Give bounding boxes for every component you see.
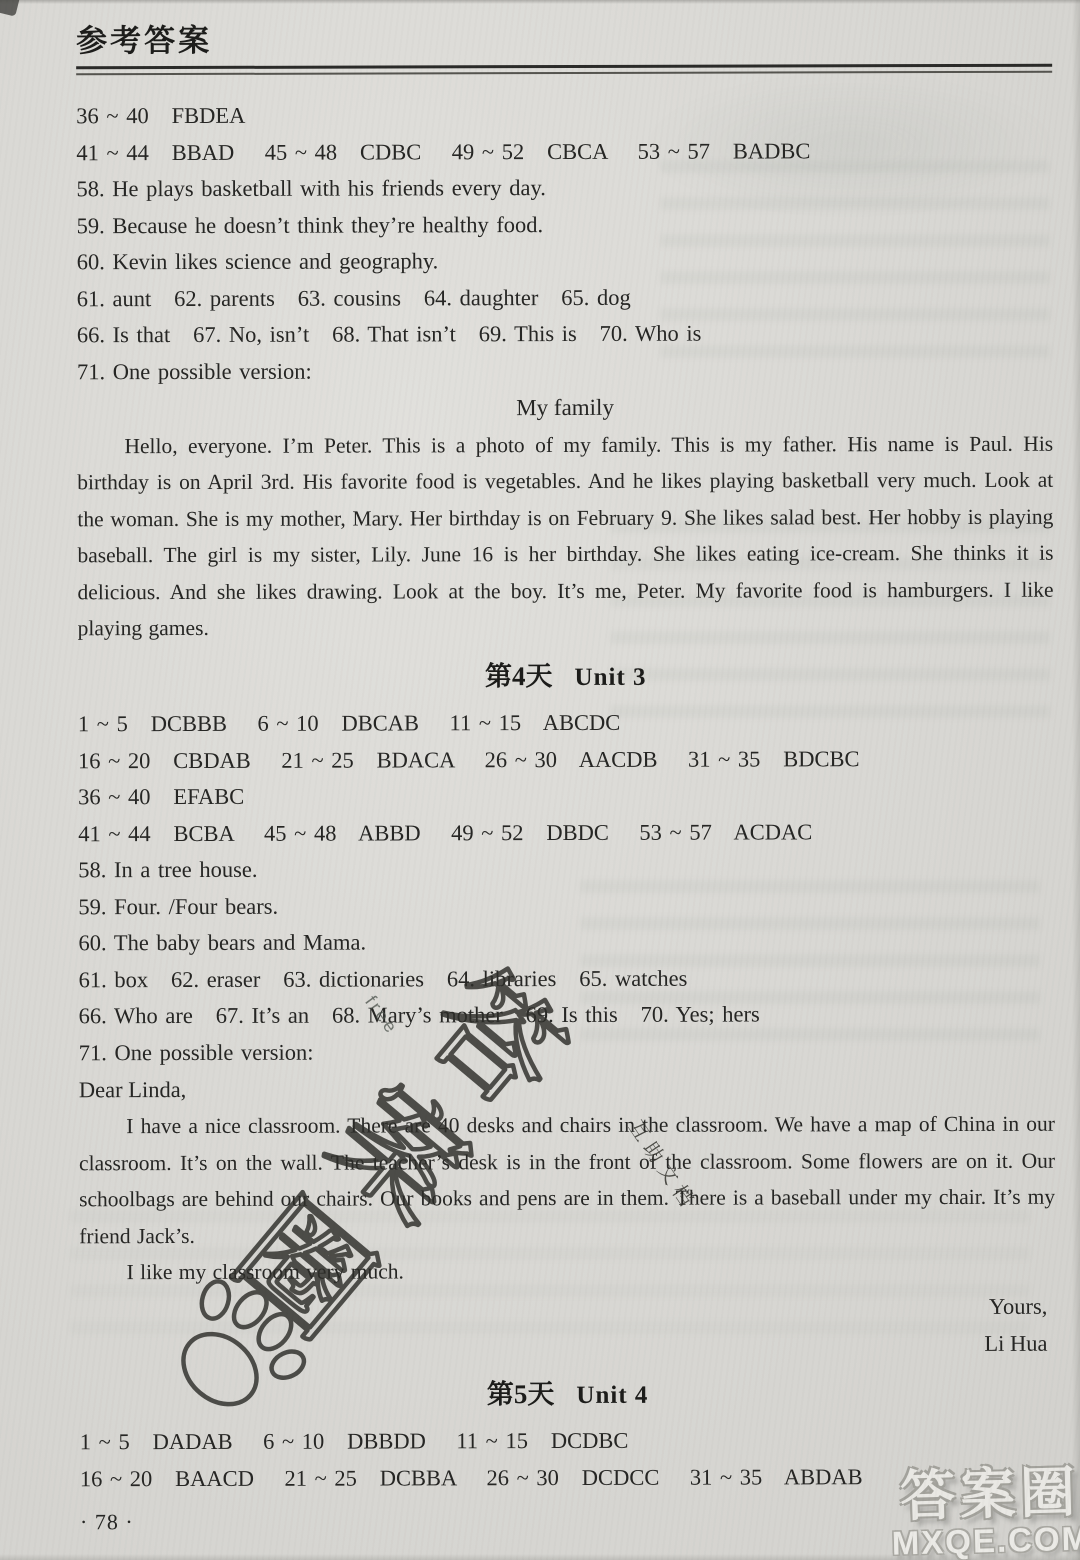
essay-body: Hello, everyone. I’m Peter. This is a ph…	[77, 426, 1054, 647]
answer-row: 36 ~ 40 EFABC	[78, 777, 1054, 816]
section-day-label: 第5天	[487, 1380, 555, 1410]
answer-row: 61. box 62. eraser 63. dictionaries 64. …	[79, 960, 1055, 999]
answer-row: 41 ~ 44 BCBA 45 ~ 48 ABBD 49 ~ 52 DBDC 5…	[78, 814, 1054, 853]
answer-row: 41 ~ 44 BBAD 45 ~ 48 CDBC 49 ~ 52 CBCA 5…	[76, 132, 1052, 171]
answer-row: 66. Is that 67. No, isn’t 68. That isn’t…	[77, 315, 1053, 354]
answer-row: 61. aunt 62. parents 63. cousins 64. dau…	[77, 278, 1053, 317]
answer-row: 60. Kevin likes science and geography.	[77, 242, 1053, 281]
answer-row: 59. Four. /Four bears.	[78, 887, 1054, 926]
page-title: 参考答案	[76, 13, 1052, 61]
answer-row: 1 ~ 5 DCBBB 6 ~ 10 DBCAB 11 ~ 15 ABCDC	[78, 704, 1054, 743]
doc-header: 参考答案	[76, 13, 1052, 76]
section-day-label: 第4天	[485, 661, 553, 691]
answer-row: 58. He plays basketball with his friends…	[76, 169, 1052, 208]
brand-name: 答案圈	[889, 1463, 1080, 1526]
brand-domain: MXQE.COM	[891, 1521, 1080, 1560]
scan-edge-shadow-right	[1072, 0, 1080, 1560]
answer-row: 58. In a tree house.	[78, 850, 1054, 889]
section-unit-label: Unit 3	[574, 664, 646, 691]
essay-title: My family	[77, 388, 1053, 429]
brand-logo: 答案圈 MXQE.COM	[889, 1463, 1080, 1560]
section-heading: 第4天Unit 3	[78, 656, 1054, 699]
scanned-answer-page: 参考答案 36 ~ 40 FBDEA 41 ~ 44 BBAD 45 ~ 48 …	[0, 0, 1080, 1560]
answer-row: 60. The baby bears and Mama.	[78, 923, 1054, 962]
answer-row: 16 ~ 20 CBDAB 21 ~ 25 BDACA 26 ~ 30 AACD…	[78, 741, 1054, 780]
answer-row: 71. One possible version:	[77, 351, 1053, 390]
answer-row: 59. Because he doesn’t think they’re hea…	[77, 205, 1053, 244]
section-previous-unit: 36 ~ 40 FBDEA 41 ~ 44 BBAD 45 ~ 48 CDBC …	[76, 96, 1053, 647]
answer-row: 36 ~ 40 FBDEA	[76, 96, 1052, 135]
scan-corner-blotch	[0, 0, 20, 17]
section-unit-label: Unit 4	[576, 1382, 648, 1409]
header-double-rule	[76, 64, 1052, 76]
